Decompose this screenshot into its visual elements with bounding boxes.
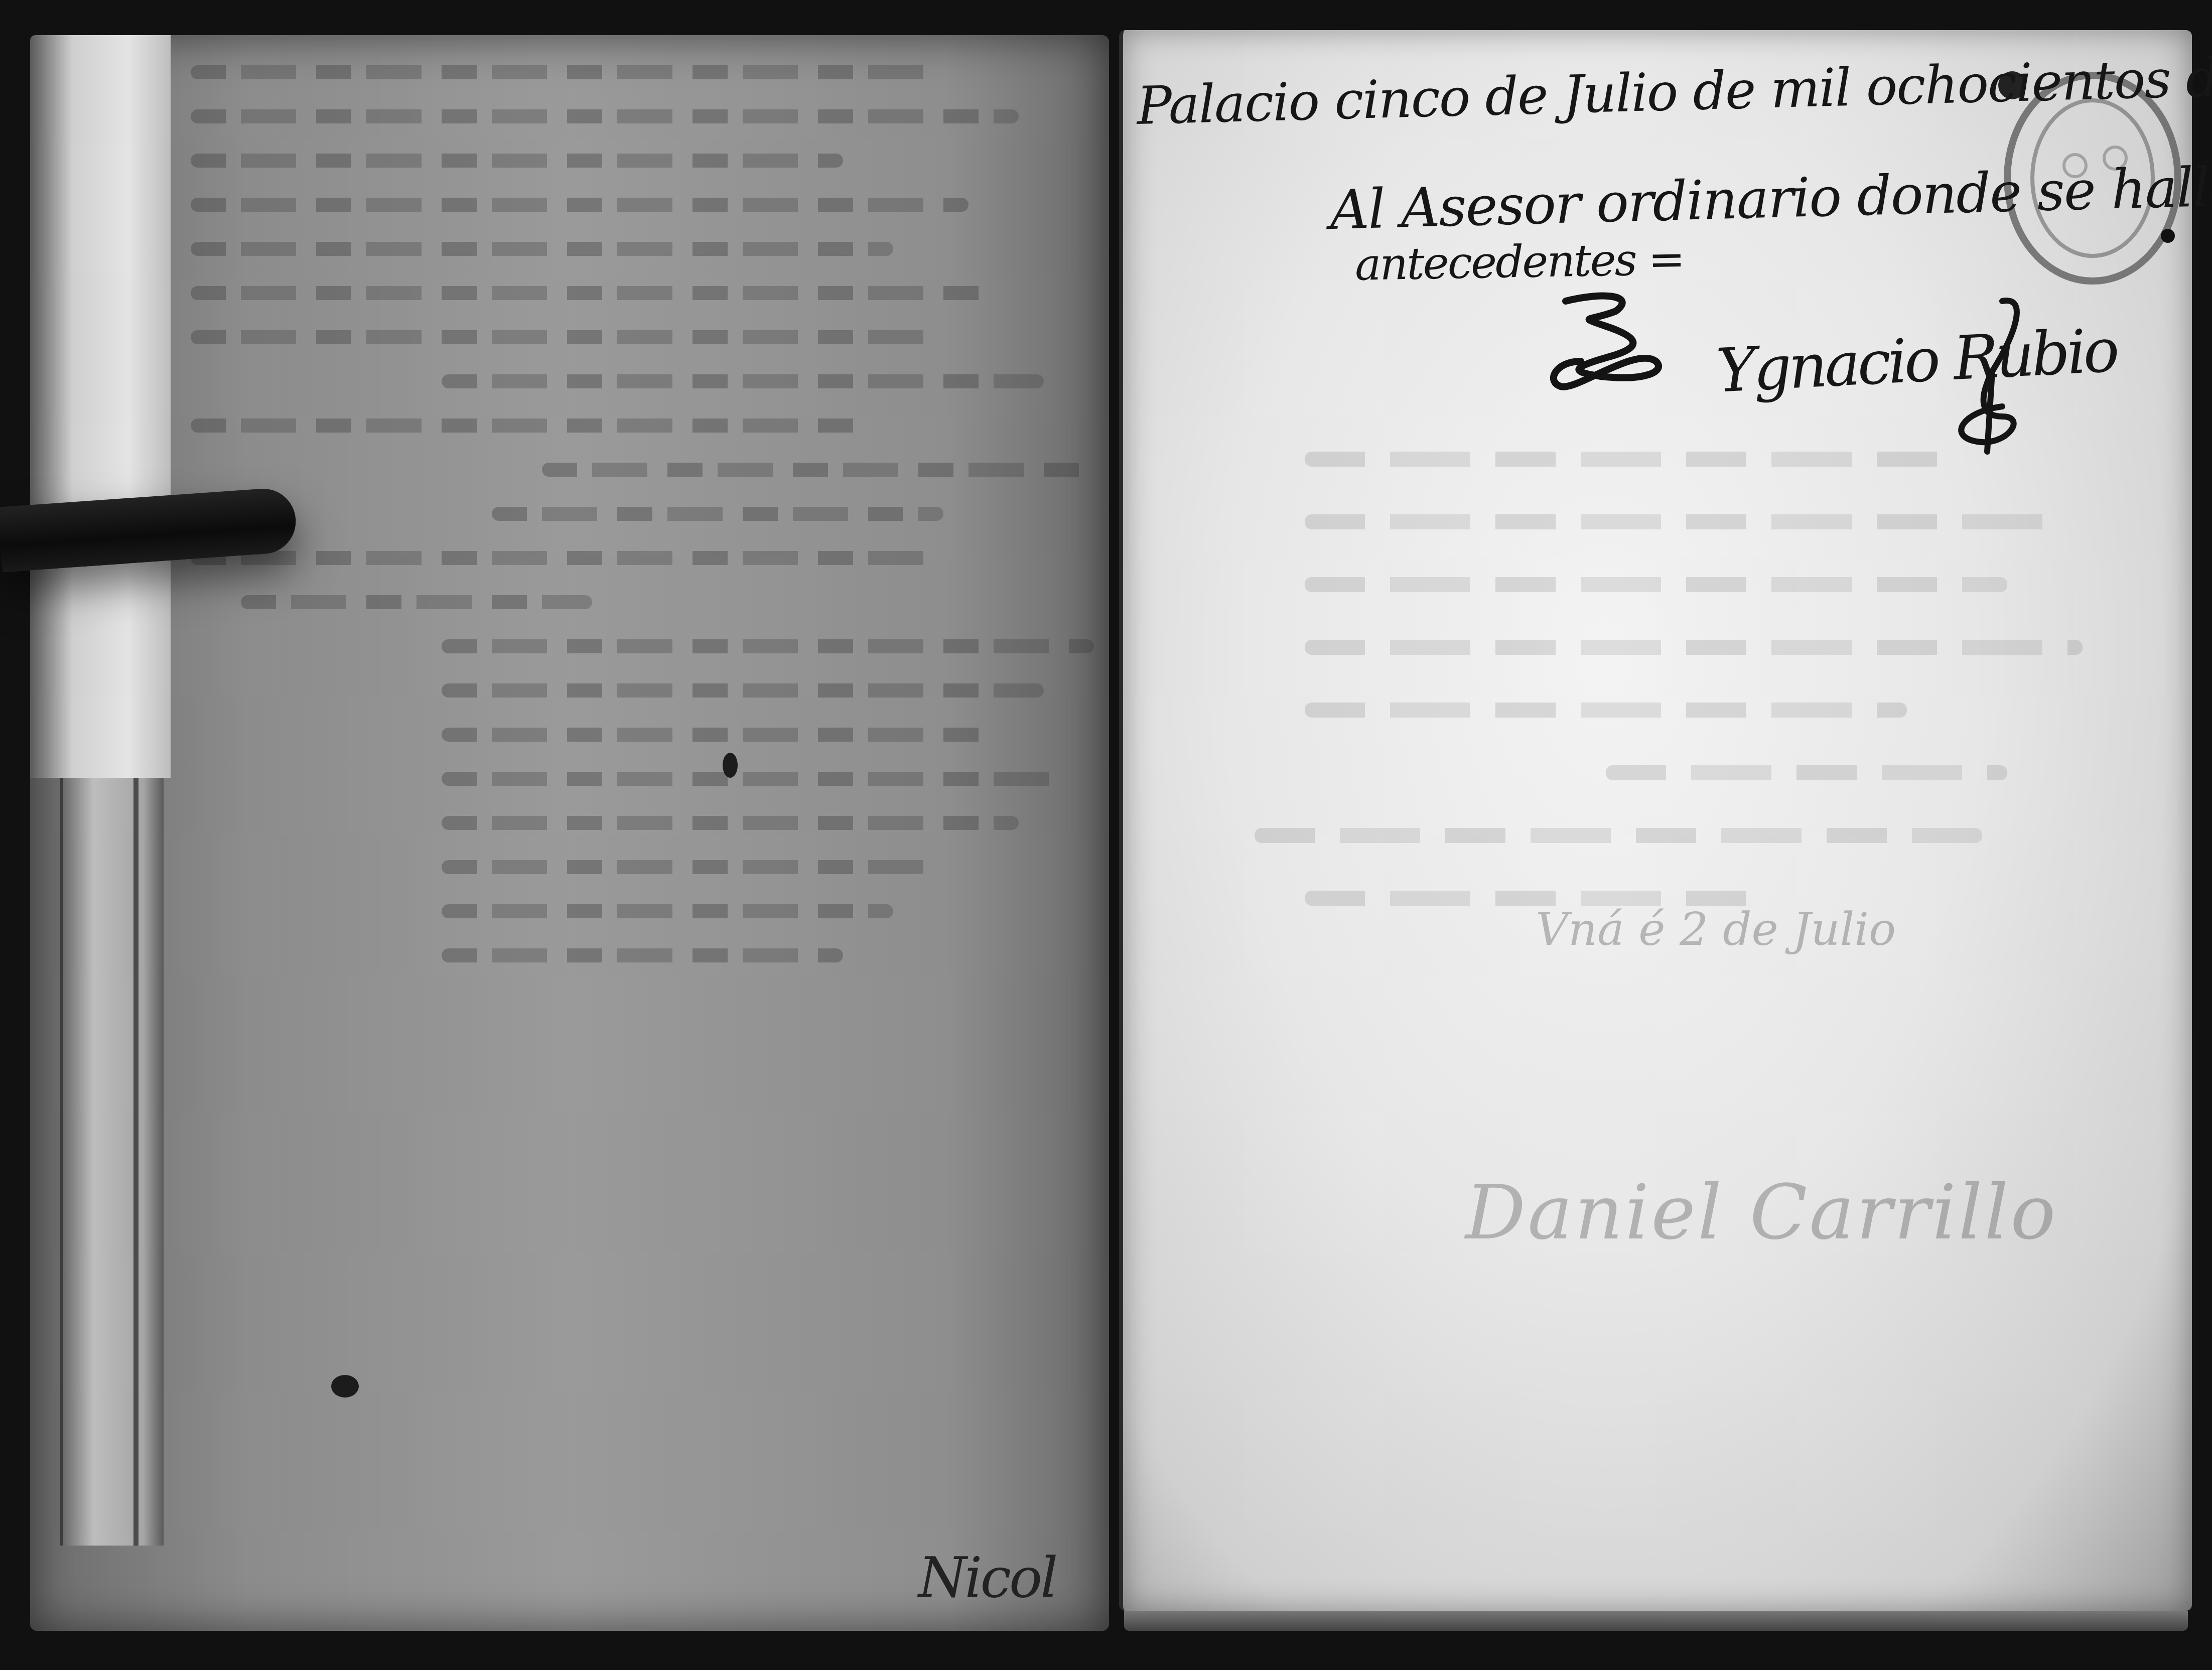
faded-line [191,65,943,79]
binding-strip [60,778,164,1546]
faded-line [542,463,1094,477]
bleed-line [1305,640,2083,655]
page-edge [1124,1611,2188,1631]
faded-line [241,595,592,609]
bleed-line [1305,577,2007,592]
left-page-signature-fragment: Nicol [918,1546,1056,1610]
bleed-line [1305,514,2057,529]
faded-line [442,639,1094,653]
faded-line [442,374,1044,388]
left-page-margin-strip [30,35,171,778]
bleed-through-text [1305,452,2108,953]
faded-line [442,948,843,962]
faded-line [191,419,868,433]
faded-line [191,242,893,256]
faded-line [442,816,1019,830]
rubric-icon [1546,286,1696,401]
ink-blot [331,1375,359,1398]
faded-line [191,286,994,300]
faded-line [442,728,994,742]
bleed-line [1305,703,1907,718]
ink-blot [723,753,738,778]
spine-line [133,778,139,1546]
faded-line [442,860,943,874]
left-page-faded-text [191,65,1094,993]
bleed-line [1606,765,2007,780]
bleed-through-signature: Daniel Carrillo [1465,1169,2058,1257]
faded-line [191,154,843,168]
manuscript-line-antecedentes: antecedentes = [1354,233,1684,290]
faded-line [191,198,969,212]
signature-flourish-icon [1917,291,2032,457]
bleed-through-date: Vná é 2 de Julio [1536,903,1896,956]
faded-line [191,330,933,344]
faded-line [442,683,1044,698]
bleed-line [1305,452,1957,467]
faded-line [191,109,1019,123]
faded-line [442,904,893,918]
faded-line [492,507,943,521]
faded-line [191,551,943,565]
faded-line [442,772,1069,786]
bleed-line [1255,828,1982,843]
